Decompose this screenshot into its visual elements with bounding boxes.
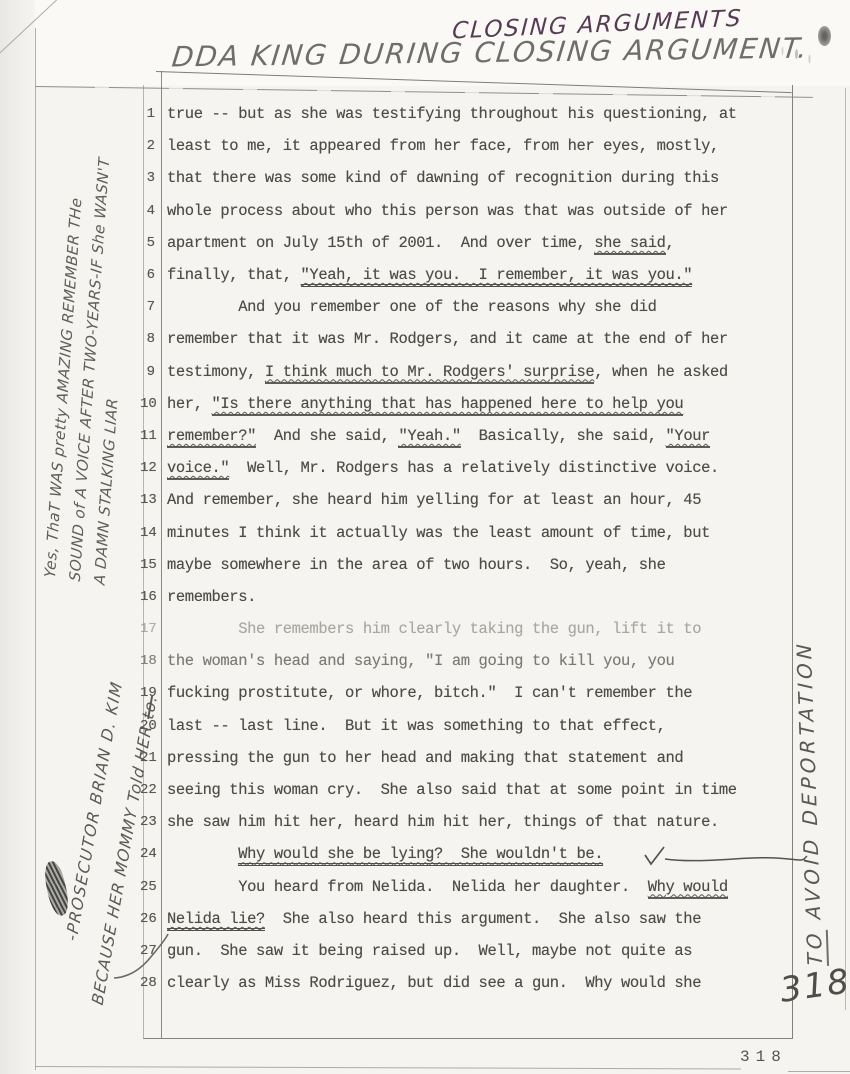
underlined-text: "Is there anything that has happened her… — [212, 395, 684, 416]
plain-text: And remember, she heard him yelling for … — [167, 491, 701, 509]
line-text: Why would she be lying? She wouldn't be. — [159, 845, 603, 863]
margin-note-right-text: AVOID DEPORTATION — [792, 640, 826, 930]
underlined-text: Why would — [648, 878, 728, 899]
line-text: gun. She saw it being raised up. Well, m… — [159, 942, 692, 960]
line-text: You heard from Nelida. Nelida her daught… — [159, 878, 728, 896]
line-text: her, "Is there anything that has happene… — [159, 395, 683, 413]
bottom-rule-line — [35, 1066, 741, 1069]
line-number: 23 — [140, 814, 159, 830]
underlined-text: I think much to Mr. Rodgers' surprise — [265, 363, 594, 384]
margin-note-right-underlined: TO — [802, 929, 829, 966]
line-number: 18 — [140, 653, 159, 669]
transcript-line: 23she saw him hit her, heard him hit her… — [144, 806, 792, 838]
line-text: least to me, it appeared from her face, … — [159, 137, 719, 155]
transcript-line: 17 She remembers him clearly taking the … — [144, 613, 792, 645]
underlined-text: "Yeah, it was you. I remember, it was yo… — [301, 266, 693, 287]
transcript-line: 22seeing this woman cry. She also said t… — [144, 774, 792, 806]
transcript-line: 1true -- but as she was testifying throu… — [144, 98, 792, 130]
line-text: testimony, I think much to Mr. Rodgers' … — [159, 363, 728, 381]
transcript-line: 25 You heard from Nelida. Nelida her dau… — [144, 871, 792, 903]
line-number: 13 — [140, 492, 159, 508]
line-number: 14 — [140, 525, 159, 541]
line-number: 15 — [140, 557, 159, 573]
plain-text: Basically, she said, — [461, 427, 666, 445]
plain-text: finally, that, — [167, 266, 301, 284]
plain-text: She remembers him clearly taking the gun… — [167, 620, 701, 638]
transcript-line: 6finally, that, "Yeah, it was you. I rem… — [144, 259, 792, 291]
underlined-text: remember?" — [167, 427, 256, 448]
line-number: 6 — [140, 267, 159, 283]
plain-text: clearly as Miss Rodriguez, but did see a… — [167, 974, 701, 992]
line-text: remember?" And she said, "Yeah." Basical… — [159, 427, 710, 445]
line-number: 5 — [140, 235, 159, 251]
transcript-line: 5apartment on July 15th of 2001. And ove… — [144, 227, 792, 259]
plain-text: seeing this woman cry. She also said tha… — [167, 781, 737, 799]
plain-text: true -- but as she was testifying throug… — [167, 105, 737, 123]
margin-note-right: TO AVOID DEPORTATION — [792, 640, 827, 966]
plain-text: fucking prostitute, or whore, bitch." I … — [167, 684, 692, 702]
line-number: 17 — [140, 621, 159, 637]
transcript-line: 28clearly as Miss Rodriguez, but did see… — [144, 967, 792, 999]
underlined-text: "Yeah." — [398, 427, 460, 448]
line-text: pressing the gun to her head and making … — [159, 749, 683, 767]
line-text: that there was some kind of dawning of r… — [159, 169, 719, 187]
line-text: seeing this woman cry. She also said tha… — [159, 781, 737, 799]
transcript-line: 14minutes I think it actually was the le… — [144, 516, 792, 548]
line-number: 26 — [140, 911, 159, 927]
underlined-text: she said — [594, 234, 665, 255]
plain-text: You heard from Nelida. Nelida her daught… — [167, 878, 648, 896]
plain-text: And you remember one of the reasons why … — [167, 298, 657, 316]
transcript-line: 7 And you remember one of the reasons wh… — [144, 291, 792, 323]
line-text: And remember, she heard him yelling for … — [159, 491, 701, 509]
underlined-text: Why would she be lying? She wouldn't be. — [238, 845, 603, 866]
page-number-typed: 318 — [740, 1048, 787, 1066]
transcript-line: 4whole process about who this person was… — [144, 195, 792, 227]
plain-text: maybe somewhere in the area of two hours… — [167, 556, 666, 574]
line-text: the woman's head and saying, "I am going… — [159, 652, 674, 670]
checkmark-and-line — [641, 843, 809, 873]
plain-text: the woman's head and saying, "I am going… — [167, 652, 674, 670]
plain-text: pressing the gun to her head and making … — [167, 749, 683, 767]
line-text: remembers. — [159, 588, 256, 606]
margin-note-left-top: Yes, ThaT WAS pretty AMAZING REMEMBER TH… — [38, 152, 142, 586]
plain-text: apartment on July 15th of 2001. And over… — [167, 234, 594, 252]
plain-text: remembers. — [167, 588, 256, 606]
line-text: She remembers him clearly taking the gun… — [159, 620, 701, 638]
transcript-box: 1true -- but as she was testifying throu… — [143, 85, 793, 1039]
line-text: she saw him hit her, heard him hit her, … — [159, 813, 719, 831]
line-number: 12 — [140, 460, 159, 476]
right-edge-line — [845, 88, 846, 1010]
line-text: apartment on July 15th of 2001. And over… — [159, 234, 674, 252]
scanned-transcript-page: CLOSING ARGUMENTS DDA KING DURING CLOSIN… — [0, 0, 850, 1074]
page-number-handwritten: 318 — [778, 961, 850, 1010]
left-fold-line — [35, 28, 36, 1070]
transcript-line: 20last -- last line. But it was somethin… — [144, 710, 792, 742]
line-number: 25 — [140, 879, 159, 895]
plain-text: She also heard this argument. She also s… — [265, 910, 701, 928]
plain-text: Well, Mr. Rodgers has a relatively disti… — [229, 459, 719, 477]
transcript-line: 12voice." Well, Mr. Rodgers has a relati… — [144, 452, 792, 484]
plain-text: she saw him hit her, heard him hit her, … — [167, 813, 719, 831]
underlined-text: "Your — [666, 427, 711, 448]
transcript-line: 11remember?" And she said, "Yeah." Basic… — [144, 420, 792, 452]
underlined-text: Nelida lie? — [167, 910, 265, 931]
line-number: 4 — [140, 203, 159, 219]
plain-text: whole process about who this person was … — [167, 202, 728, 220]
transcript-line: 19fucking prostitute, or whore, bitch." … — [144, 677, 792, 709]
line-number: 8 — [140, 331, 159, 347]
line-text: And you remember one of the reasons why … — [159, 298, 657, 316]
transcript-line: 10her, "Is there anything that has happe… — [144, 388, 792, 420]
line-text: remember that it was Mr. Rodgers, and it… — [159, 330, 728, 348]
transcript-line: 21pressing the gun to her head and makin… — [144, 742, 792, 774]
plain-text: that there was some kind of dawning of r… — [167, 169, 719, 187]
transcript-line: 2least to me, it appeared from her face,… — [144, 130, 792, 162]
transcript-line: 26Nelida lie? She also heard this argume… — [144, 903, 792, 935]
line-text: whole process about who this person was … — [159, 202, 728, 220]
line-number: 9 — [140, 364, 159, 380]
plain-text: her, — [167, 395, 212, 413]
line-text: maybe somewhere in the area of two hours… — [159, 556, 666, 574]
line-number: 10 — [140, 396, 159, 412]
bottom-rule-line-right — [788, 1071, 850, 1072]
transcript-line: 16remembers. — [144, 581, 792, 613]
line-text: finally, that, "Yeah, it was you. I reme… — [159, 266, 692, 284]
plain-text: minutes I think it actually was the leas… — [167, 524, 710, 542]
ink-smudge — [818, 26, 831, 46]
plain-text: gun. She saw it being raised up. Well, m… — [167, 942, 692, 960]
line-text: minutes I think it actually was the leas… — [159, 524, 710, 542]
line-text: fucking prostitute, or whore, bitch." I … — [159, 684, 692, 702]
line-number: 1 — [140, 106, 159, 122]
line-text: last -- last line. But it was something … — [159, 717, 666, 735]
line-text: Nelida lie? She also heard this argument… — [159, 910, 701, 928]
line-text: clearly as Miss Rodriguez, but did see a… — [159, 974, 701, 992]
line-number: 7 — [140, 299, 159, 315]
transcript-line: 3that there was some kind of dawning of … — [144, 162, 792, 194]
plain-text: testimony, — [167, 363, 265, 381]
transcript-line: 27gun. She saw it being raised up. Well,… — [144, 935, 792, 967]
line-number: 11 — [140, 428, 159, 444]
transcript-line: 8remember that it was Mr. Rodgers, and i… — [144, 323, 792, 355]
line-number: 2 — [140, 138, 159, 154]
plain-text: remember that it was Mr. Rodgers, and it… — [167, 330, 728, 348]
line-text: true -- but as she was testifying throug… — [159, 105, 737, 123]
transcript-line: 9testimony, I think much to Mr. Rodgers'… — [144, 356, 792, 388]
line-number: 16 — [140, 589, 159, 605]
plain-text: And she said, — [256, 427, 398, 445]
hand-curve-to-line27 — [112, 930, 172, 985]
line-number: 3 — [140, 170, 159, 186]
transcript-line: 13And remember, she heard him yelling fo… — [144, 484, 792, 516]
line-text: voice." Well, Mr. Rodgers has a relative… — [159, 459, 719, 477]
plain-text — [167, 845, 238, 863]
plain-text: least to me, it appeared from her face, … — [167, 137, 719, 155]
plain-text: last -- last line. But it was something … — [167, 717, 666, 735]
underlined-text: voice." — [167, 459, 229, 480]
plain-text: , — [666, 234, 675, 252]
paper-left-strip — [0, 0, 35, 1074]
transcript-line: 15maybe somewhere in the area of two hou… — [144, 549, 792, 581]
transcript-line: 18the woman's head and saying, "I am goi… — [144, 645, 792, 677]
line-number: 24 — [140, 846, 159, 862]
plain-text: , when he asked — [594, 363, 728, 381]
